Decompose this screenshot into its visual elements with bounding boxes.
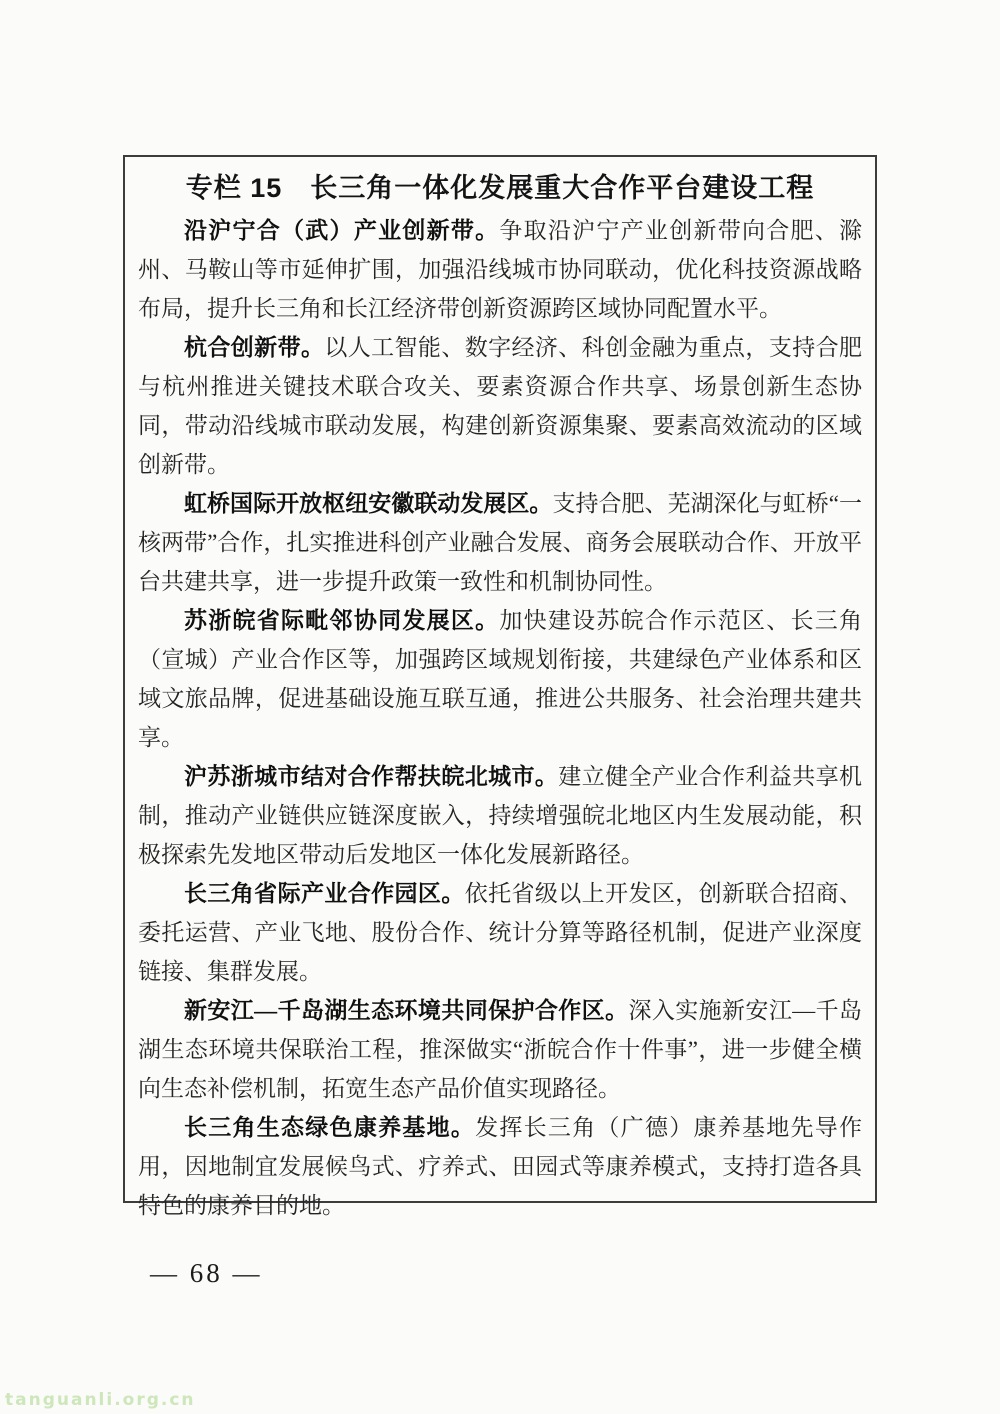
box-paragraph-xinanjiang: 新安江—千岛湖生态环境共同保护合作区。深入实施新安江—千岛湖生态环境共保联治工程… bbox=[138, 991, 862, 1108]
box-paragraph-suzhewan: 苏浙皖省际毗邻协同发展区。加快建设苏皖合作示范区、长三角（宣城）产业合作区等，加… bbox=[138, 601, 862, 757]
paragraph-lead: 长三角生态绿色康养基地。 bbox=[184, 1115, 475, 1140]
paragraph-lead: 虹桥国际开放枢纽安徽联动发展区。 bbox=[184, 491, 552, 516]
paragraph-lead: 沿沪宁合（武）产业创新带。 bbox=[184, 218, 499, 243]
box-paragraph-husuzhe: 沪苏浙城市结对合作帮扶皖北城市。建立健全产业合作利益共享机制，推动产业链供应链深… bbox=[138, 757, 862, 874]
document-page: 专栏 15 长三角一体化发展重大合作平台建设工程 沿沪宁合（武）产业创新带。争取… bbox=[0, 0, 1000, 1414]
paragraph-lead: 苏浙皖省际毗邻协同发展区。 bbox=[184, 608, 499, 633]
page-number: — 68 — bbox=[150, 1258, 263, 1289]
column-box-title: 专栏 15 长三角一体化发展重大合作平台建设工程 bbox=[138, 165, 862, 211]
column-box: 专栏 15 长三角一体化发展重大合作平台建设工程 沿沪宁合（武）产业创新带。争取… bbox=[123, 155, 877, 1203]
box-paragraph-kangyang: 长三角生态绿色康养基地。发挥长三角（广德）康养基地先导作用，因地制宜发展候鸟式、… bbox=[138, 1108, 862, 1225]
paragraph-lead: 杭合创新带。 bbox=[184, 335, 324, 360]
paragraph-lead: 长三角省际产业合作园区。 bbox=[184, 881, 465, 906]
box-paragraph-yanhuninghe: 沿沪宁合（武）产业创新带。争取沿沪宁产业创新带向合肥、滁州、马鞍山等市延伸扩围，… bbox=[138, 211, 862, 328]
paragraph-lead: 沪苏浙城市结对合作帮扶皖北城市。 bbox=[184, 764, 558, 789]
box-paragraph-hanghe: 杭合创新带。以人工智能、数字经济、科创金融为重点，支持合肥与杭州推进关键技术联合… bbox=[138, 328, 862, 484]
watermark-text: tanguanli.org.cn bbox=[5, 1390, 196, 1410]
paragraph-lead: 新安江—千岛湖生态环境共同保护合作区。 bbox=[184, 998, 628, 1023]
box-paragraph-shengji-yuanqu: 长三角省际产业合作园区。依托省级以上开发区，创新联合招商、委托运营、产业飞地、股… bbox=[138, 874, 862, 991]
box-paragraph-hongqiao: 虹桥国际开放枢纽安徽联动发展区。支持合肥、芜湖深化与虹桥“一核两带”合作，扎实推… bbox=[138, 484, 862, 601]
